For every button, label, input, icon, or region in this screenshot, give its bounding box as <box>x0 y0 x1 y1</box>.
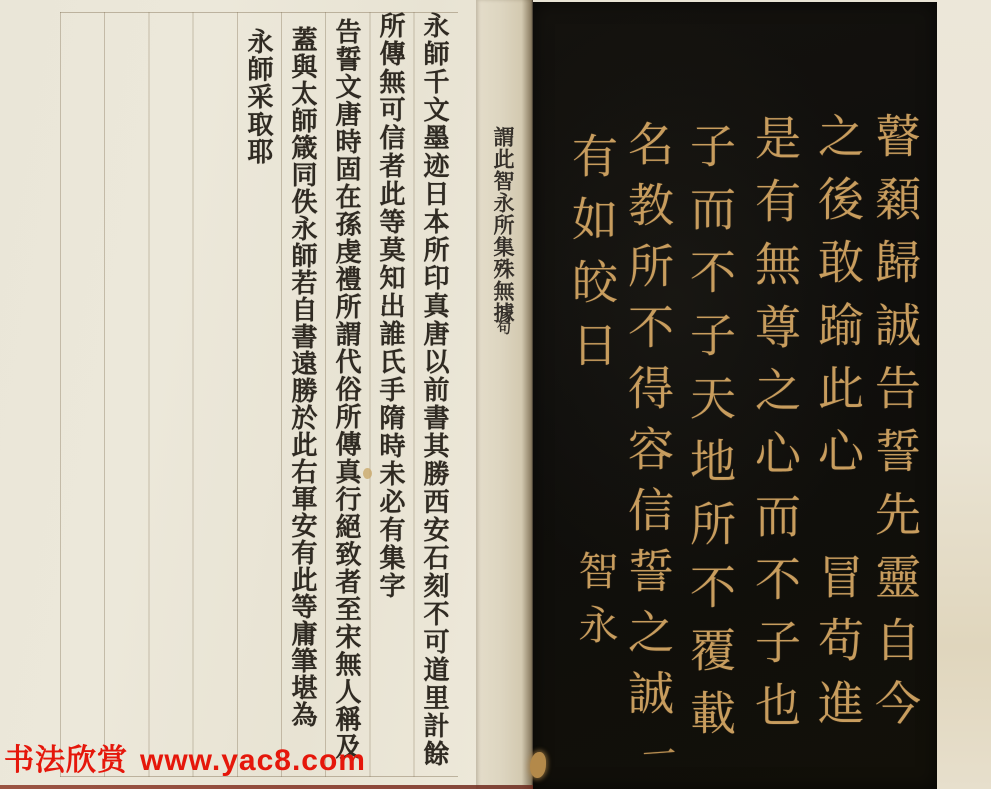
right-page-margin <box>937 0 991 789</box>
rubbing-column-3: 是有無尊之心而不子也 <box>743 114 807 744</box>
colophon-column-3: 告誓文唐時固在孫虔禮所謂代俗所傳真行絕致者至宋無人稱及 <box>324 18 368 761</box>
left-colophon-page: 永師千文墨迹日本所印真唐以前書其勝西安石刻不可道里計餘 所傳無可信者此等莫知出誰… <box>0 0 478 789</box>
rubbing-column-2: 之後敢踰此心 冒苟進 <box>806 112 870 742</box>
end-dash-mark: 一 <box>640 723 723 777</box>
rubbing-column-1: 瞽顙歸誠告誓先靈自今 <box>863 112 927 742</box>
watermark-url: www.yac8.com <box>140 744 366 777</box>
rubbing-column-6: 有如皎日 <box>560 132 624 384</box>
colophon-column-4: 蓋與太師箴同佚永師若自書遠勝於此右軍安有此等庸筆堪為 <box>280 26 324 728</box>
colophon-column-2: 所傳無可信者此等莫知出誰氏手隋時未必有集字 <box>368 12 412 600</box>
paper-stain <box>363 468 372 479</box>
gutter-annotation: 謂此智永所集殊無據 <box>486 126 520 324</box>
rubbing-column-4: 子而不子天地所不覆載 <box>678 122 742 752</box>
watermark-site-name: 书法欣赏 <box>4 744 128 777</box>
page-gutter <box>476 0 533 789</box>
gutter-annotation-mark: 句 <box>497 318 511 338</box>
zhiyong-signature: 智永 <box>563 550 627 658</box>
colophon-column-1: 永師千文墨迹日本所印真唐以前書其勝西安石刻不可道里計餘 <box>412 12 456 768</box>
bottom-edge-strip <box>0 785 533 789</box>
site-watermark: 书法欣赏www.yac8.com <box>4 735 366 779</box>
colophon-column-5: 永師采取耶 <box>236 28 280 166</box>
ink-rubbing-plate: 瞽顙歸誠告誓先靈自今 之後敢踰此心 冒苟進 是有無尊之心而不子也 子而不子天地所… <box>533 2 937 789</box>
